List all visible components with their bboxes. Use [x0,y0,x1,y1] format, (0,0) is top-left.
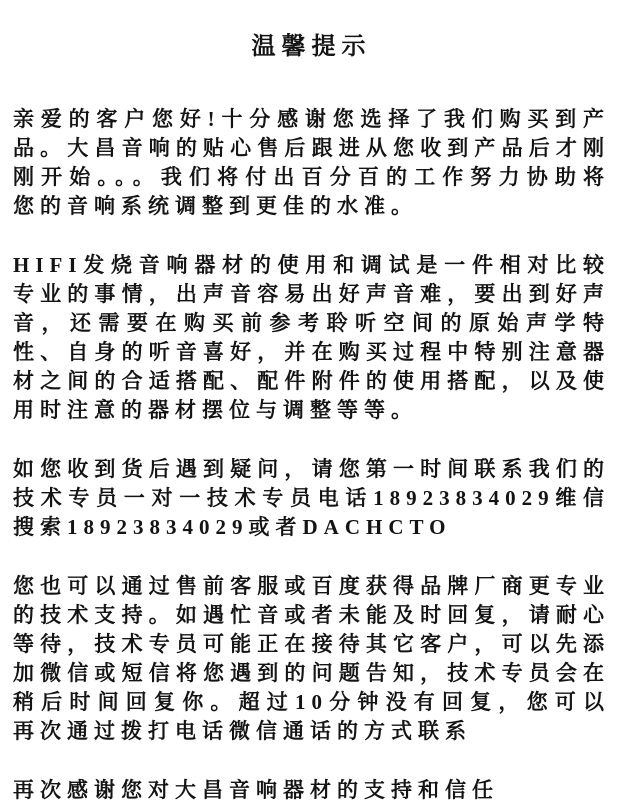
page-title: 温馨提示 [13,26,610,61]
paragraph-hifi-advice: HIFI发烧音响器材的使用和调试是一件相对比较专业的事情，出声音容易出好声音难，… [13,251,610,425]
paragraph-thanks: 再次感谢您对大昌音响器材的支持和信任 [13,776,610,805]
warm-tips-document: 温馨提示 亲爱的客户您好!十分感谢您选择了我们购买到产品。大昌音响的贴心售后跟进… [0,0,625,809]
paragraph-support-channels: 您也可以通过售前客服或百度获得品牌厂商更专业的技术支持。如遇忙音或者未能及时回复… [13,572,610,746]
paragraph-greeting: 亲爱的客户您好!十分感谢您选择了我们购买到产品。大昌音响的贴心售后跟进从您收到产… [13,105,610,221]
paragraph-contact-info: 如您收到货后遇到疑问，请您第一时间联系我们的技术专员一对一技术专员电话18923… [13,455,610,542]
